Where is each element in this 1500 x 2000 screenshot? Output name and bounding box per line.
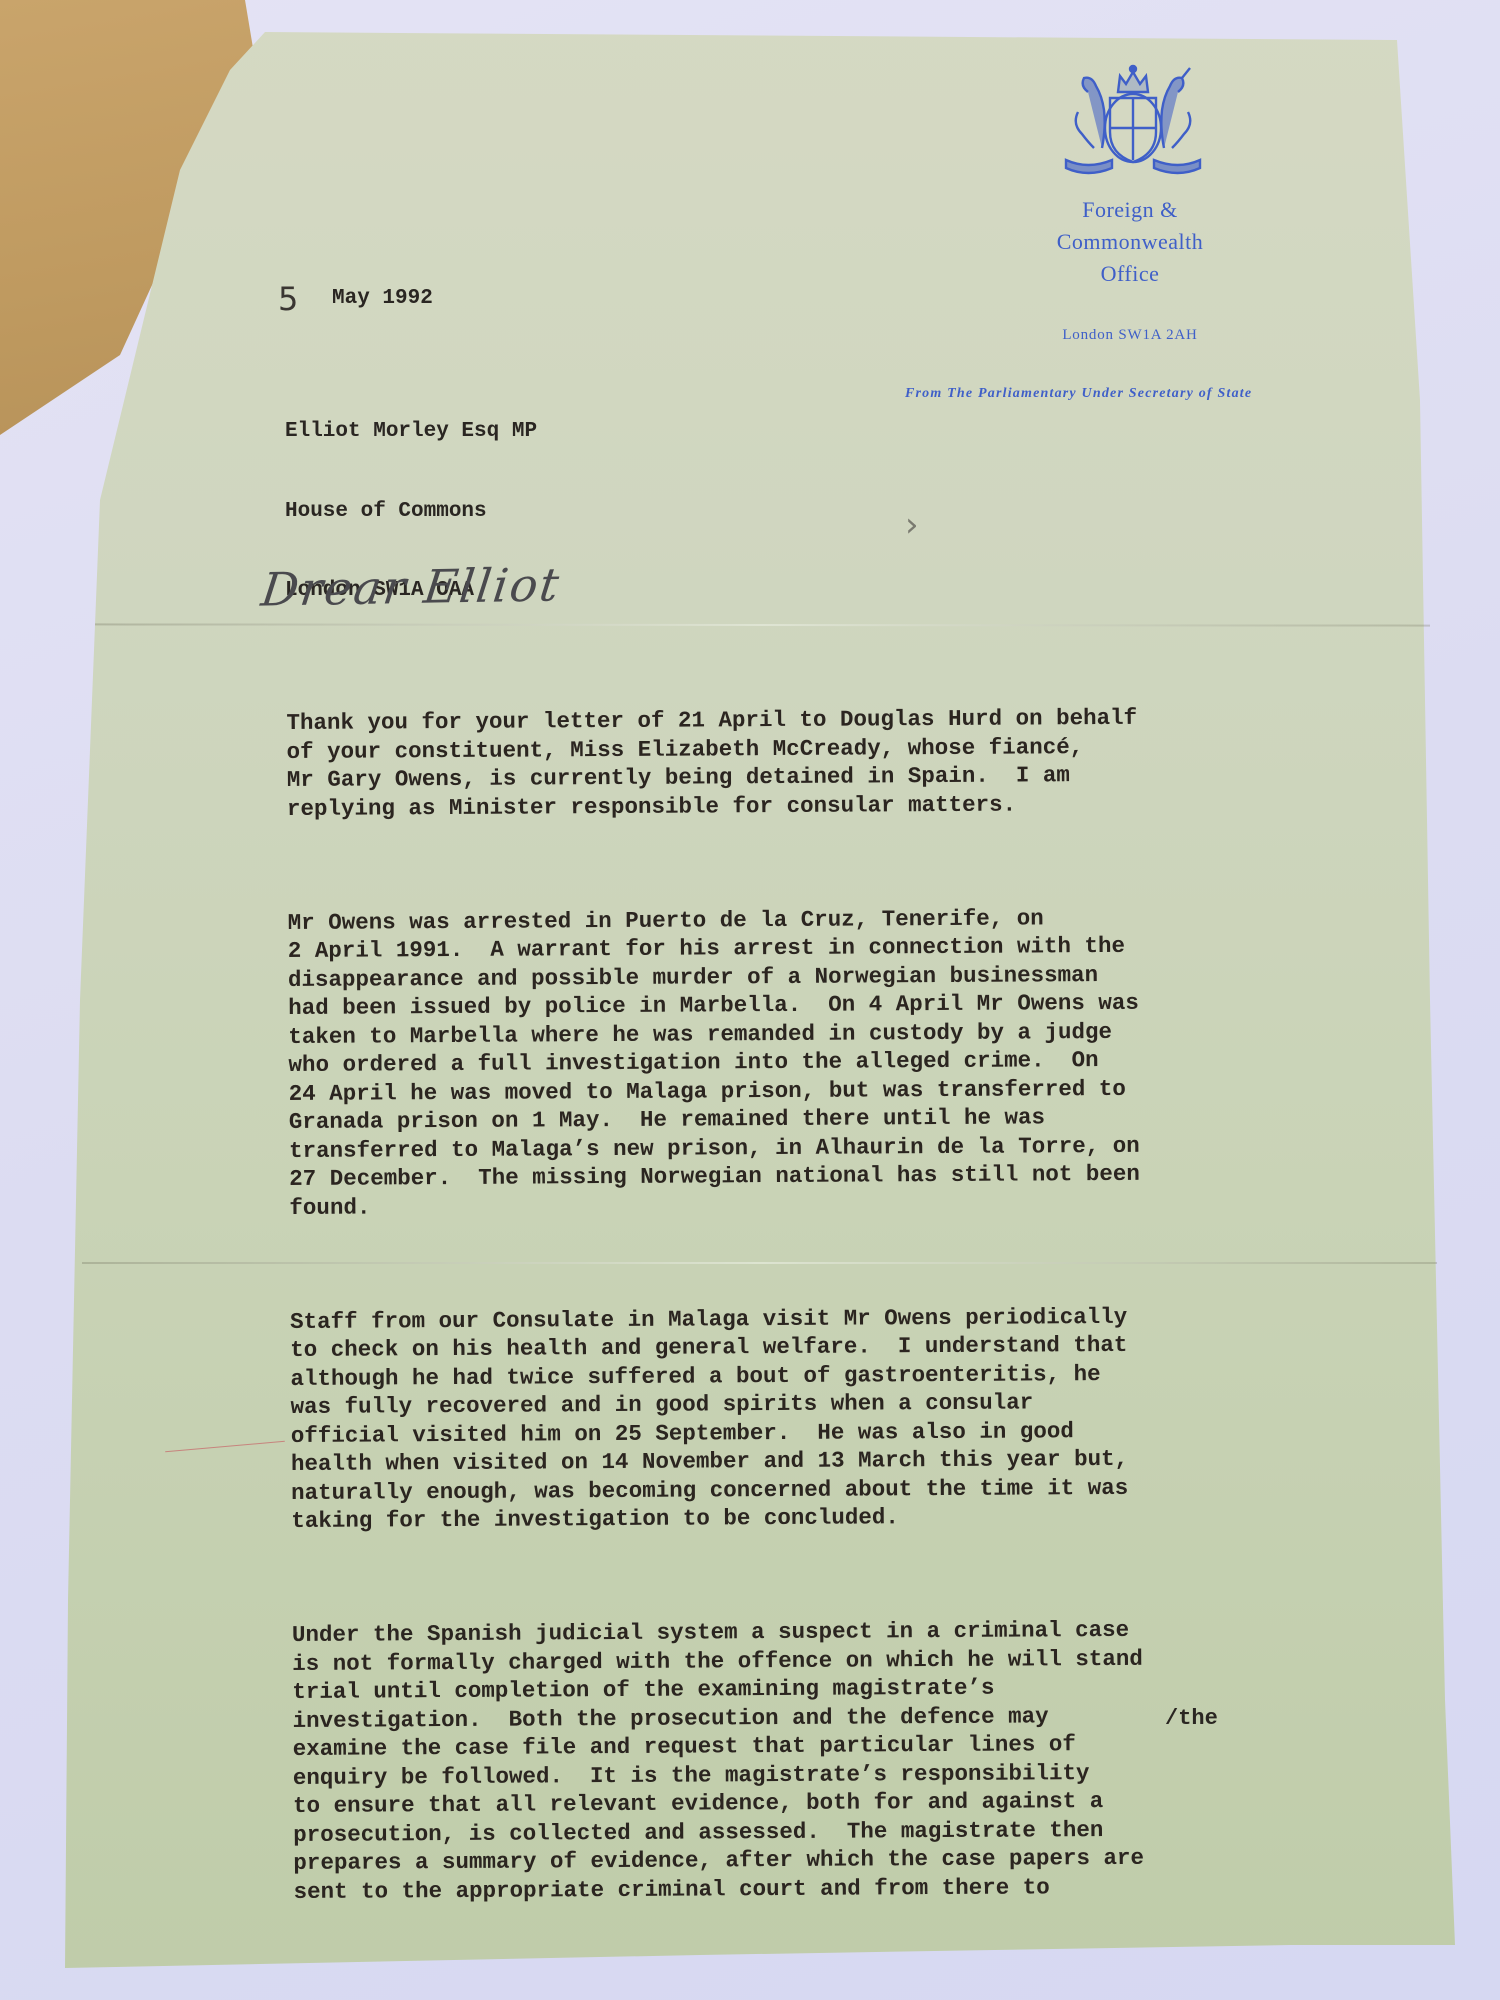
sender-office: From The Parliamentary Under Secretary o… — [905, 386, 1365, 402]
department-name: Foreign & Commonwealth Office — [1030, 194, 1230, 290]
handwritten-greeting: Drear Elliot — [258, 557, 563, 616]
paragraph-acknowledgement: Thank you for your letter of 21 April to… — [286, 702, 1367, 823]
department-name-line-2: Commonwealth — [1030, 226, 1230, 258]
date-month-year: May 1992 — [332, 287, 433, 310]
royal-coat-of-arms-icon — [1058, 62, 1208, 177]
department-name-line-1: Foreign & — [1030, 194, 1230, 226]
recipient-organisation: House of Commons — [285, 499, 537, 526]
recipient-name: Elliot Morley Esq MP — [285, 419, 537, 446]
page-continuation: /the — [1165, 1706, 1218, 1731]
paragraph-judicial-system: Under the Spanish judicial system a susp… — [292, 1614, 1374, 1906]
department-name-line-3: Office — [1030, 258, 1230, 290]
date-day-handwritten: 5 — [278, 280, 298, 318]
pencil-mark: › — [905, 505, 919, 545]
paragraph-arrest-details: Mr Owens was arrested in Puerto de la Cr… — [288, 902, 1370, 1222]
letter-body: Thank you for your letter of 21 April to… — [286, 645, 1374, 1963]
paragraph-consular-visits: Staff from our Consulate in Malaga visit… — [290, 1301, 1371, 1536]
department-address: London SW1A 2AH — [1030, 327, 1230, 344]
